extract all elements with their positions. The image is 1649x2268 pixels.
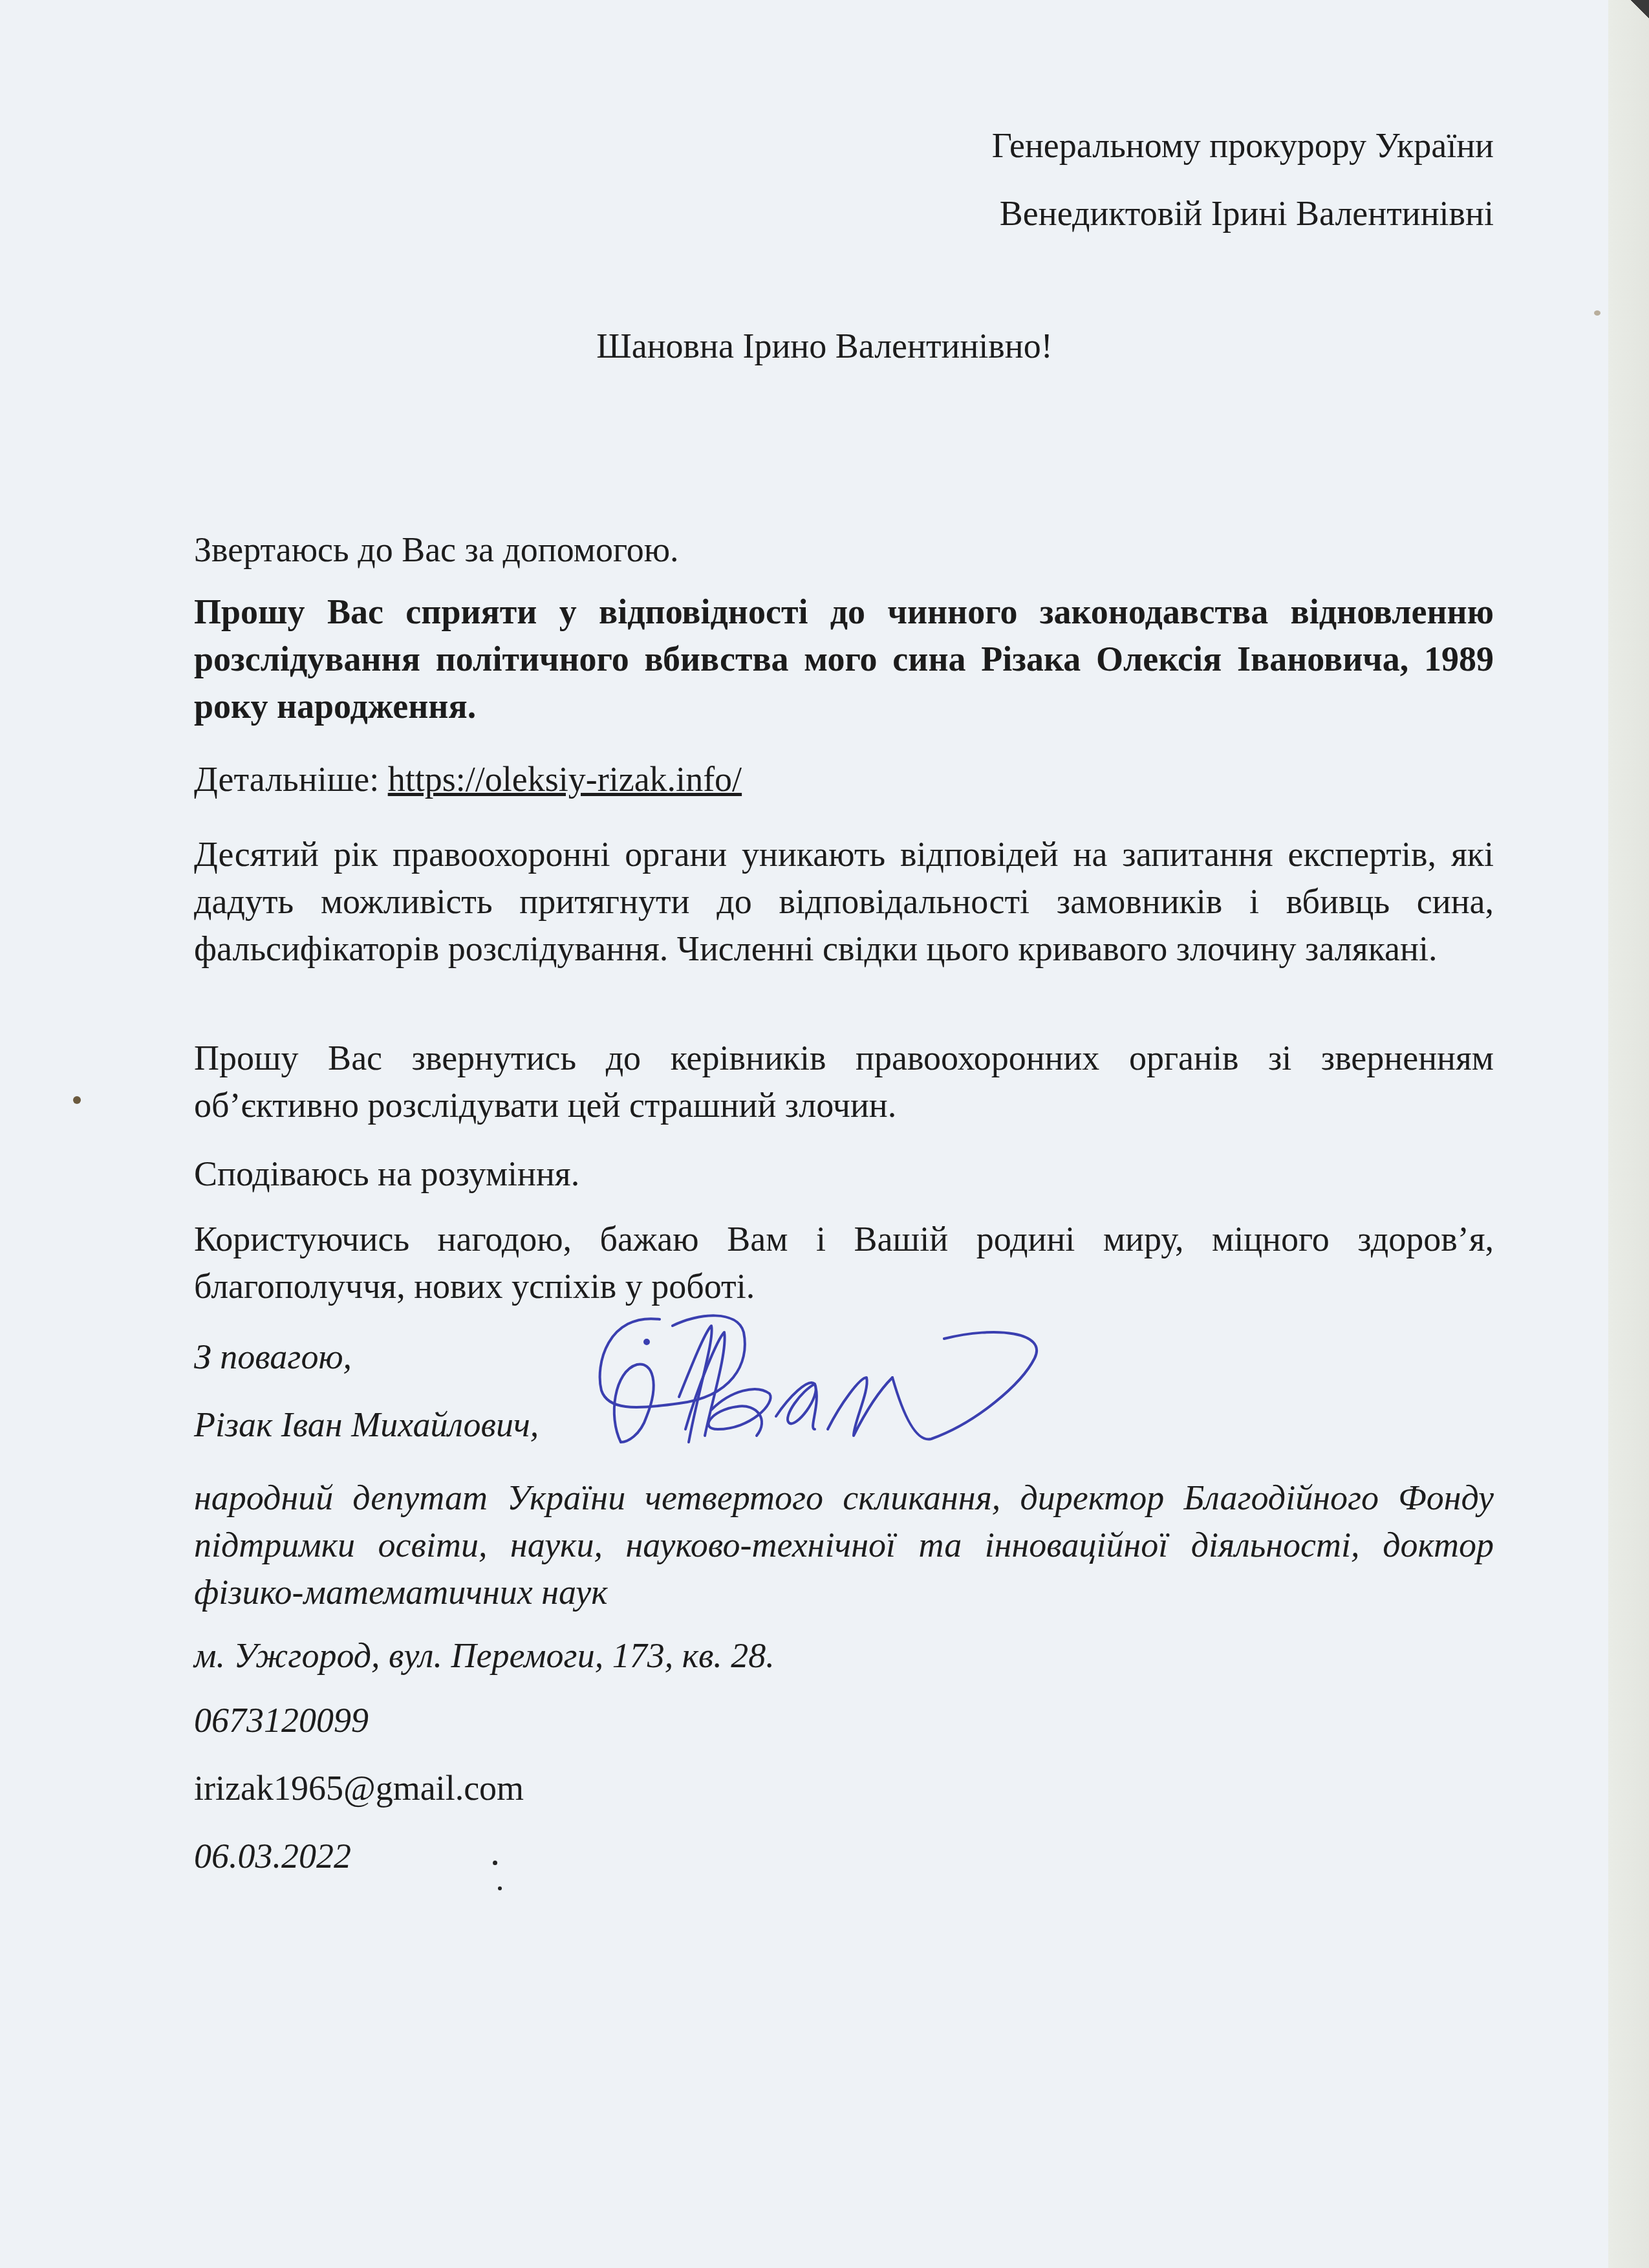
signer-title: народний депутат України четвертого скли… xyxy=(194,1474,1494,1616)
handwritten-signature xyxy=(582,1313,1086,1468)
paragraph-2: Прошу Вас звернутись до керівників право… xyxy=(194,1035,1494,1129)
paragraph-1-text: Десятий рік правоохоронні органи уникают… xyxy=(194,831,1494,973)
closing: З повагою, xyxy=(194,1334,352,1379)
scan-dot xyxy=(498,1886,502,1890)
details-label: Детальніше: xyxy=(194,760,388,799)
address: м. Ужгород, вул. Перемоги, 173, кв. 28. xyxy=(194,1633,775,1678)
greeting: Шановна Ірино Валентинівно! xyxy=(0,323,1649,369)
signer-name: Різак Іван Михайлович, xyxy=(194,1402,539,1447)
paragraph-4-text: Користуючись нагодою, бажаю Вам і Вашій … xyxy=(194,1216,1494,1310)
paragraph-2-text: Прошу Вас звернутись до керівників право… xyxy=(194,1035,1494,1129)
email: irizak1965@gmail.com xyxy=(194,1766,524,1811)
details-link[interactable]: https://oleksiy-rizak.info/ xyxy=(388,760,742,799)
addressee-line-2: Венедиктовій Ірині Валентинівні xyxy=(1000,191,1494,236)
paragraph-4: Користуючись нагодою, бажаю Вам і Вашій … xyxy=(194,1216,1494,1310)
request-paragraph: Прошу Вас сприяти у відповідності до чин… xyxy=(194,589,1494,730)
intro-line: Звертаюсь до Вас за допомогою. xyxy=(194,527,679,572)
scan-dot xyxy=(493,1861,497,1865)
paragraph-3: Сподіваюсь на розуміння. xyxy=(194,1151,579,1196)
addressee-line-1: Генеральному прокурору України xyxy=(992,123,1494,168)
signer-title-text: народний депутат України четвертого скли… xyxy=(194,1474,1494,1616)
date: 06.03.2022 xyxy=(194,1833,351,1879)
scan-speck xyxy=(1594,310,1600,316)
scan-corner-shadow xyxy=(1623,0,1649,19)
phone: 0673120099 xyxy=(194,1698,369,1743)
request-text: Прошу Вас сприяти у відповідності до чин… xyxy=(194,589,1494,730)
paragraph-1: Десятий рік правоохоронні органи уникают… xyxy=(194,831,1494,973)
details-line: Детальніше: https://oleksiy-rizak.info/ xyxy=(194,757,742,802)
scan-speck xyxy=(73,1096,81,1104)
